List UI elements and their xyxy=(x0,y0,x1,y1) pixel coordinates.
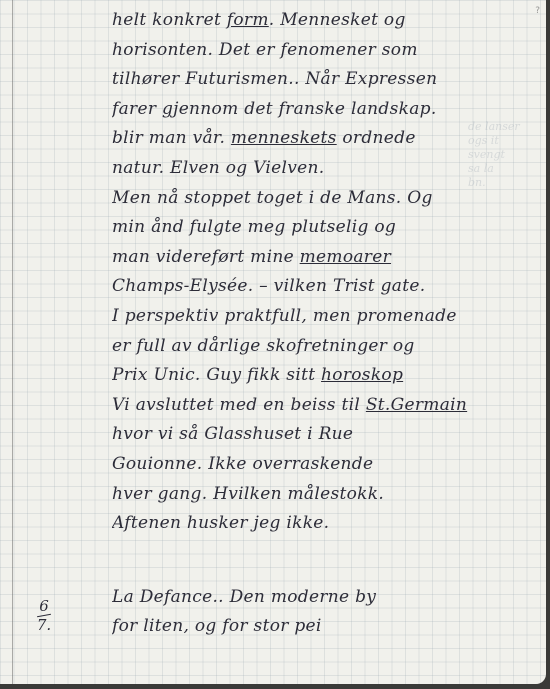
text-line: helt konkret form. Mennesket og xyxy=(112,6,546,36)
text-line: man videreført mine memoarer xyxy=(112,243,546,273)
text-line: min ånd fulgte meg plutselig og xyxy=(112,213,546,243)
text-line: La Defance.. Den moderne by xyxy=(112,583,546,613)
text-line: tilhører Futurismen.. Når Expressen xyxy=(112,65,546,95)
text-line: Men nå stoppet toget i de Mans. Og xyxy=(112,184,546,214)
handwritten-text-block: helt konkret form. Mennesket og horisont… xyxy=(112,6,546,642)
text-line: blir man vår. menneskets ordnede xyxy=(112,124,546,154)
notebook-page: de lanser ogs it svengt sa la bn. ? helt… xyxy=(0,0,546,684)
text-line: for liten, og for stor pei xyxy=(112,612,546,642)
text-line: horisonten. Det er fenomener som xyxy=(112,36,546,66)
text-line: Gouionne. Ikke overraskende xyxy=(112,450,546,480)
text-line: I perspektiv praktfull, men promenade xyxy=(112,302,546,332)
margin-date: 6 7. xyxy=(34,598,54,633)
text-line: natur. Elven og Vielven. xyxy=(112,154,546,184)
margin-line xyxy=(12,0,13,684)
text-line: farer gjennom det franske landskap. xyxy=(112,95,546,125)
text-line: Vi avsluttet med en beiss til St.Germain xyxy=(112,391,546,421)
text-line: hvor vi så Glasshuset i Rue xyxy=(112,420,546,450)
date-day: 6 xyxy=(39,597,49,615)
date-month: 7. xyxy=(37,616,51,634)
text-line: Aftenen husker jeg ikke. xyxy=(112,509,546,539)
text-line: er full av dårlige skofretninger og xyxy=(112,332,546,362)
text-line: Champs-Elysée. – vilken Trist gate. xyxy=(112,272,546,302)
paragraph-gap xyxy=(112,539,546,583)
text-line: Prix Unic. Guy fikk sitt horoskop xyxy=(112,361,546,391)
text-line: hver gang. Hvilken målestokk. xyxy=(112,480,546,510)
